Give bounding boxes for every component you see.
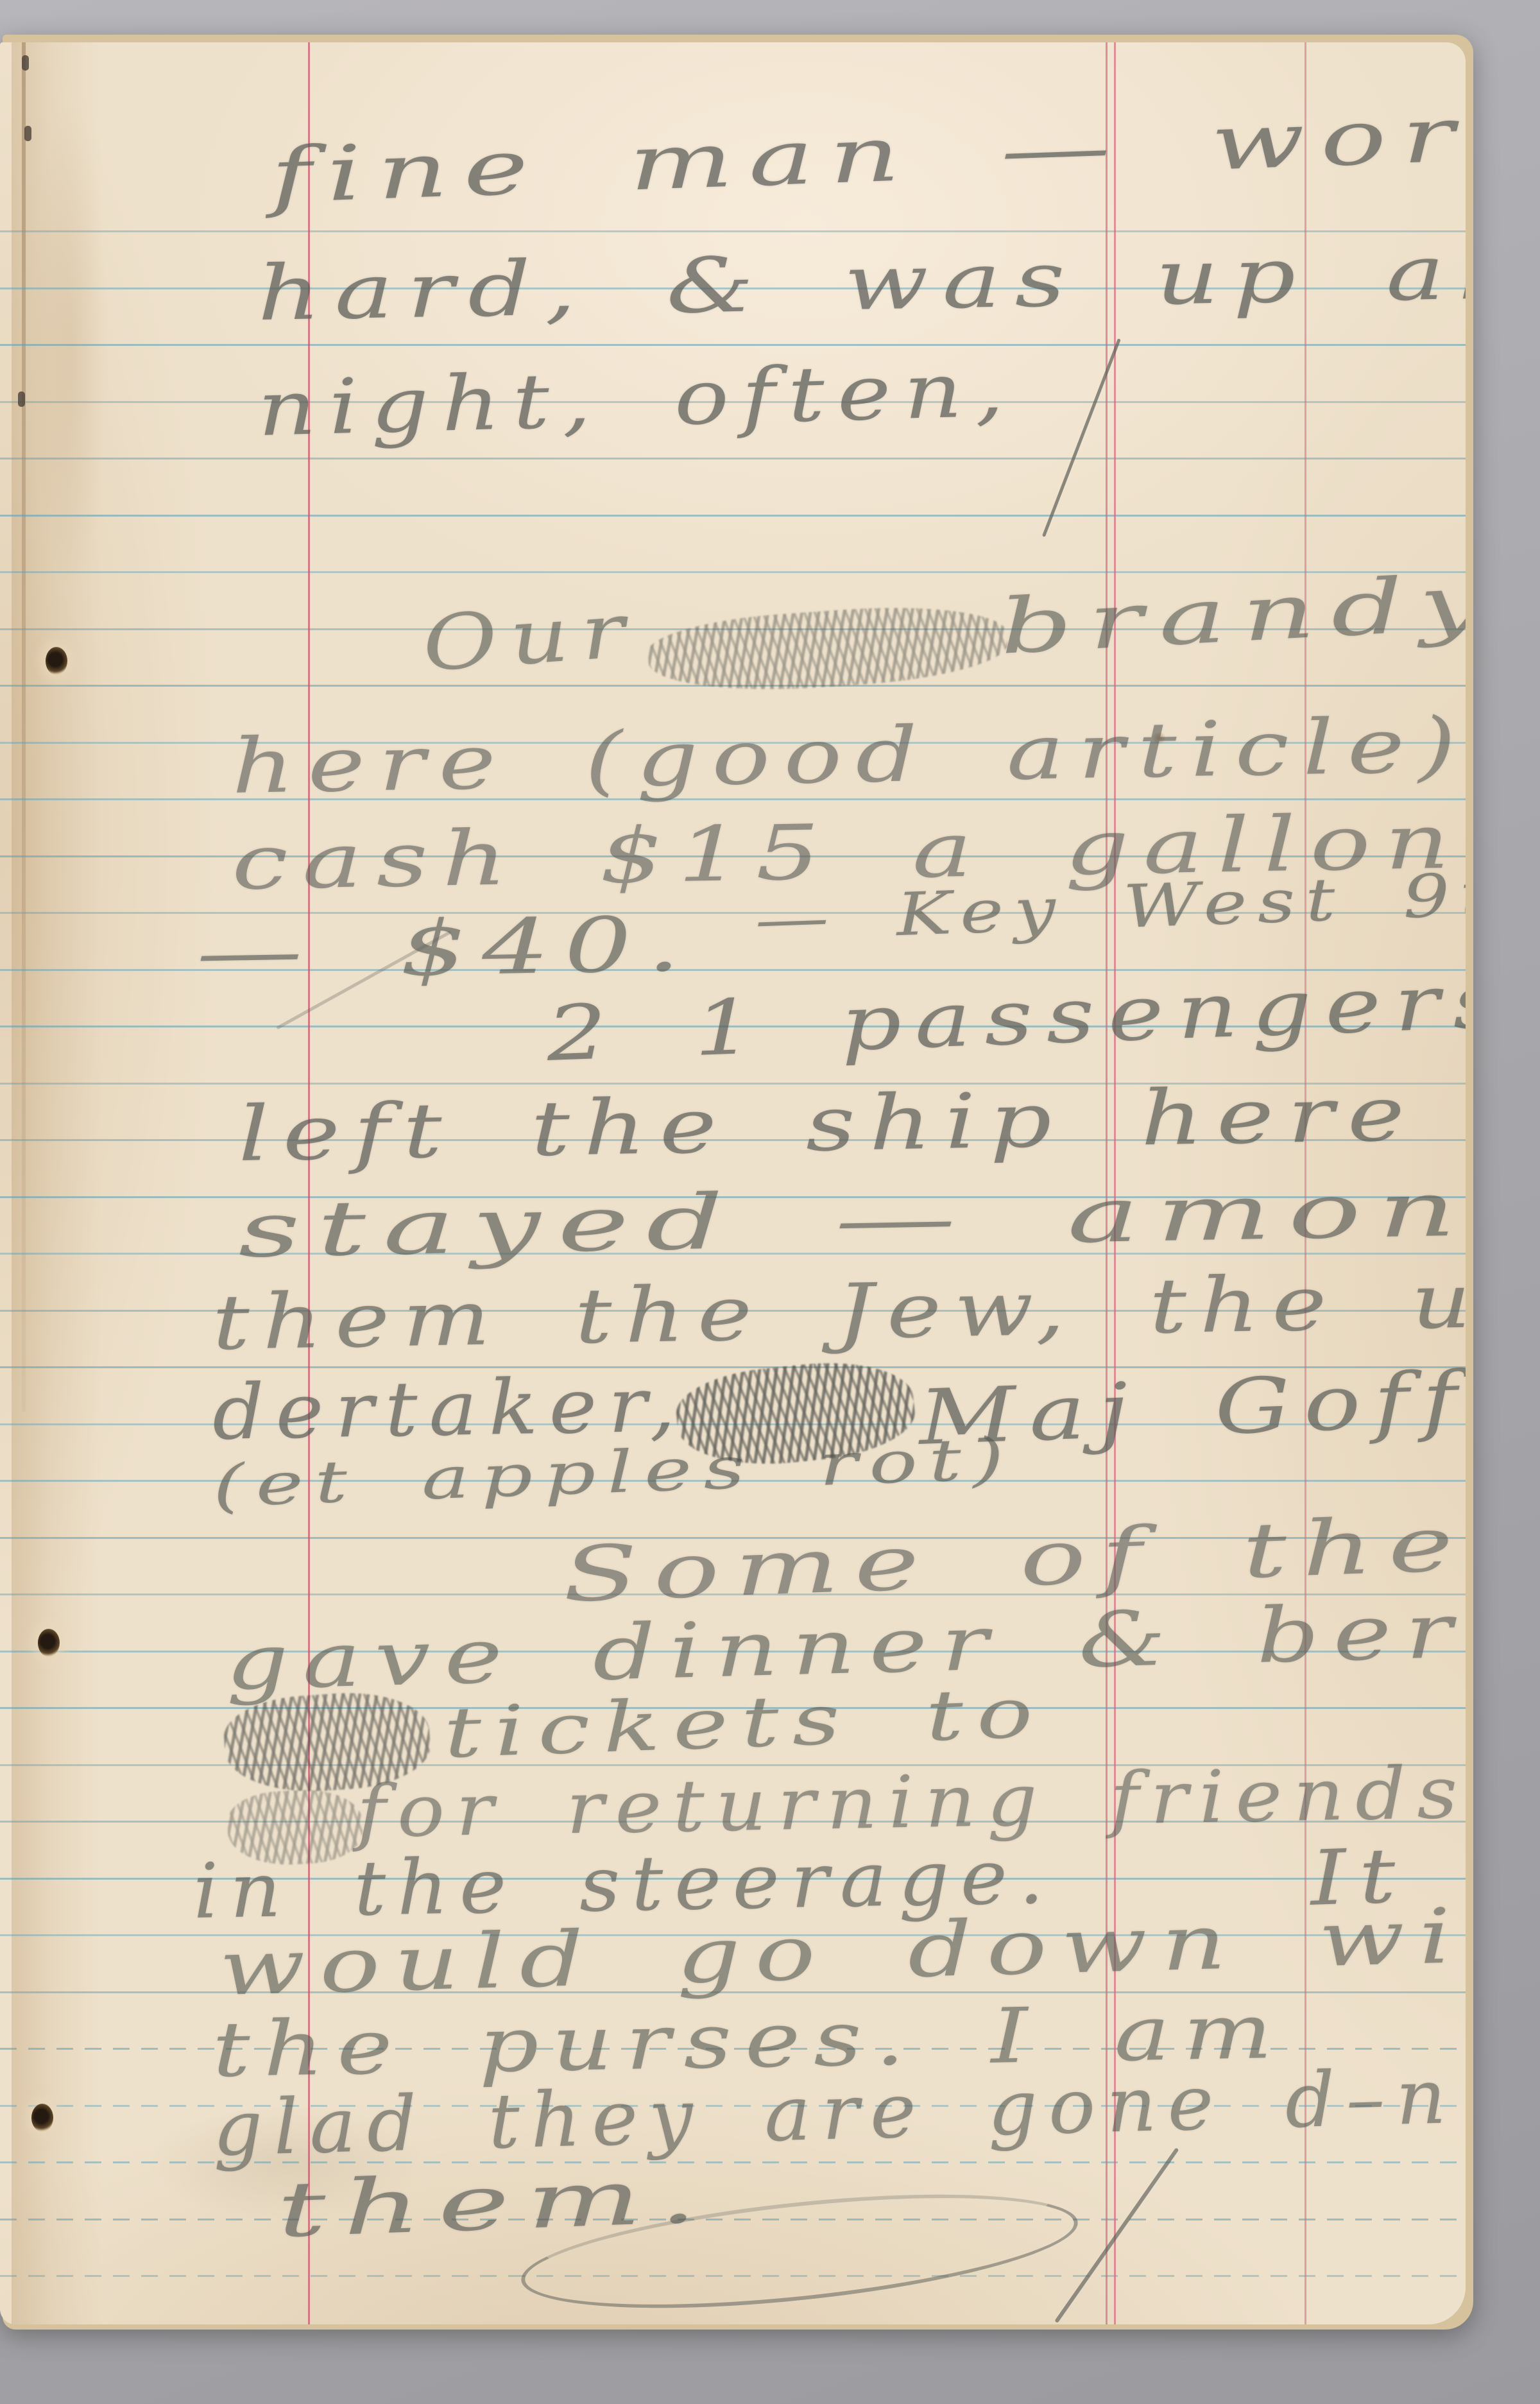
pencil-slash — [1054, 2147, 1179, 2323]
stitch-mark — [22, 55, 29, 71]
handwriting-line: Our — [420, 592, 640, 682]
stitch-mark — [18, 391, 25, 407]
handwriting-line: stayed — among — [237, 1169, 1466, 1268]
scan-background: fine man — workedhard, & was up allnight… — [0, 0, 1540, 2404]
scanned-document: { "document": { "kind": "handwritten not… — [0, 0, 1540, 2404]
handwriting-line: — $40. — [196, 906, 696, 990]
binding-hole — [31, 2104, 53, 2132]
binding-crease — [22, 42, 26, 1412]
handwriting-line: dertaker, — [212, 1366, 687, 1450]
stitch-mark — [24, 126, 31, 141]
handwriting-line: night, often, — [257, 351, 1018, 447]
binding-hole — [46, 647, 67, 675]
handwriting-line: here (good article) — [231, 707, 1466, 804]
notebook-page: fine man — workedhard, & was up allnight… — [0, 42, 1466, 2324]
handwriting-line: brandy — [998, 563, 1466, 665]
binding-hole — [38, 1629, 60, 1657]
pencil-slash — [1042, 338, 1121, 537]
ruled-line — [0, 515, 1466, 517]
handwriting-line: them the Jew, the un- — [212, 1260, 1466, 1361]
handwriting-line: left the ship here — [237, 1076, 1419, 1172]
scribble-mark — [646, 599, 1010, 700]
ruled-line — [0, 458, 1466, 459]
ruled-line — [0, 344, 1466, 346]
handwriting-line: hard, & was up all — [257, 233, 1466, 331]
handwriting-line: fine man — worked — [269, 87, 1466, 214]
paper-stain — [32, 103, 109, 590]
handwriting-line: tickets to — [443, 1678, 1047, 1769]
